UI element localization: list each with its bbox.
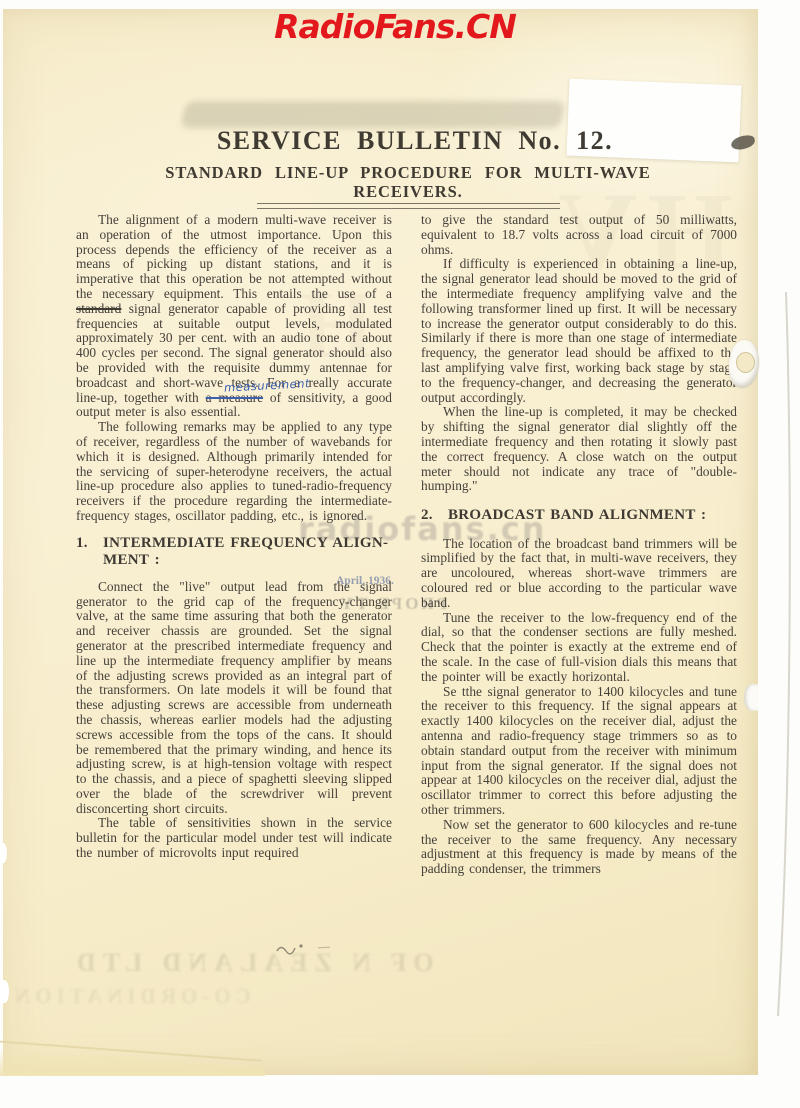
- edge-notch: [0, 843, 7, 863]
- section-number: 1.: [76, 535, 103, 570]
- paragraph: Connect the "live" output lead from the …: [76, 580, 392, 817]
- paragraph-text: The alignment of a modern multi-wave rec…: [76, 212, 392, 301]
- bleedthrough-smudge-band: [180, 101, 566, 128]
- section-title: BROADCAST BAND ALIGNMENT :: [448, 507, 706, 525]
- page-title: SERVICE BULLETIN No. 12.: [95, 126, 735, 156]
- paragraph: to give the standard test output of 50 m…: [421, 213, 737, 257]
- subtitle-double-rule: [257, 203, 560, 209]
- paragraph: When the line-up is completed, it may be…: [421, 405, 737, 494]
- paragraph: If difficulty is experienced in obtainin…: [421, 257, 737, 405]
- paragraph: Now set the generator to 600 kilocycles …: [421, 818, 737, 877]
- section-number: 2.: [421, 507, 448, 525]
- torn-paper-hole: [736, 352, 755, 373]
- struck-word: standard: [76, 301, 121, 316]
- subtitle-line-1: STANDARD LINE-UP PROCEDURE FOR MULTI-WAV…: [88, 163, 728, 182]
- edge-notch-2: [0, 980, 9, 1003]
- site-watermark: RadioFans.CN: [0, 7, 790, 46]
- paragraph: The alignment of a modern multi-wave rec…: [76, 213, 392, 420]
- paragraph: Se tthe signal generator to 1400 kilocyc…: [421, 685, 737, 818]
- paragraph: The following remarks may be applied to …: [76, 420, 392, 524]
- right-column: to give the standard test output of 50 m…: [421, 213, 737, 877]
- page-subtitle: STANDARD LINE-UP PROCEDURE FOR MULTI-WAV…: [88, 163, 728, 201]
- scanned-document-page: { "page": { "watermark": "RadioFans.CN",…: [0, 0, 800, 1108]
- next-page-edge-line: [770, 292, 800, 1016]
- subtitle-line-2: RECEIVERS.: [88, 182, 728, 201]
- section-title: INTERMEDIATE FREQUENCY ALIGN-MENT :: [103, 535, 392, 570]
- struck-phrase: a measuremeasurement: [206, 390, 263, 405]
- pencil-squiggle: [274, 941, 316, 957]
- torn-paper-tab: [744, 684, 758, 711]
- paragraph: The location of the broadcast band trimm…: [421, 537, 737, 611]
- paragraph: The table of sensitivities shown in the …: [76, 816, 392, 860]
- paragraph: Tune the receiver to the low-frequency e…: [421, 611, 737, 685]
- section-heading-1: 1. INTERMEDIATE FREQUENCY ALIGN-MENT :: [76, 535, 392, 570]
- section-heading-2: 2. BROADCAST BAND ALIGNMENT :: [421, 507, 737, 525]
- left-column: The alignment of a modern multi-wave rec…: [76, 213, 392, 861]
